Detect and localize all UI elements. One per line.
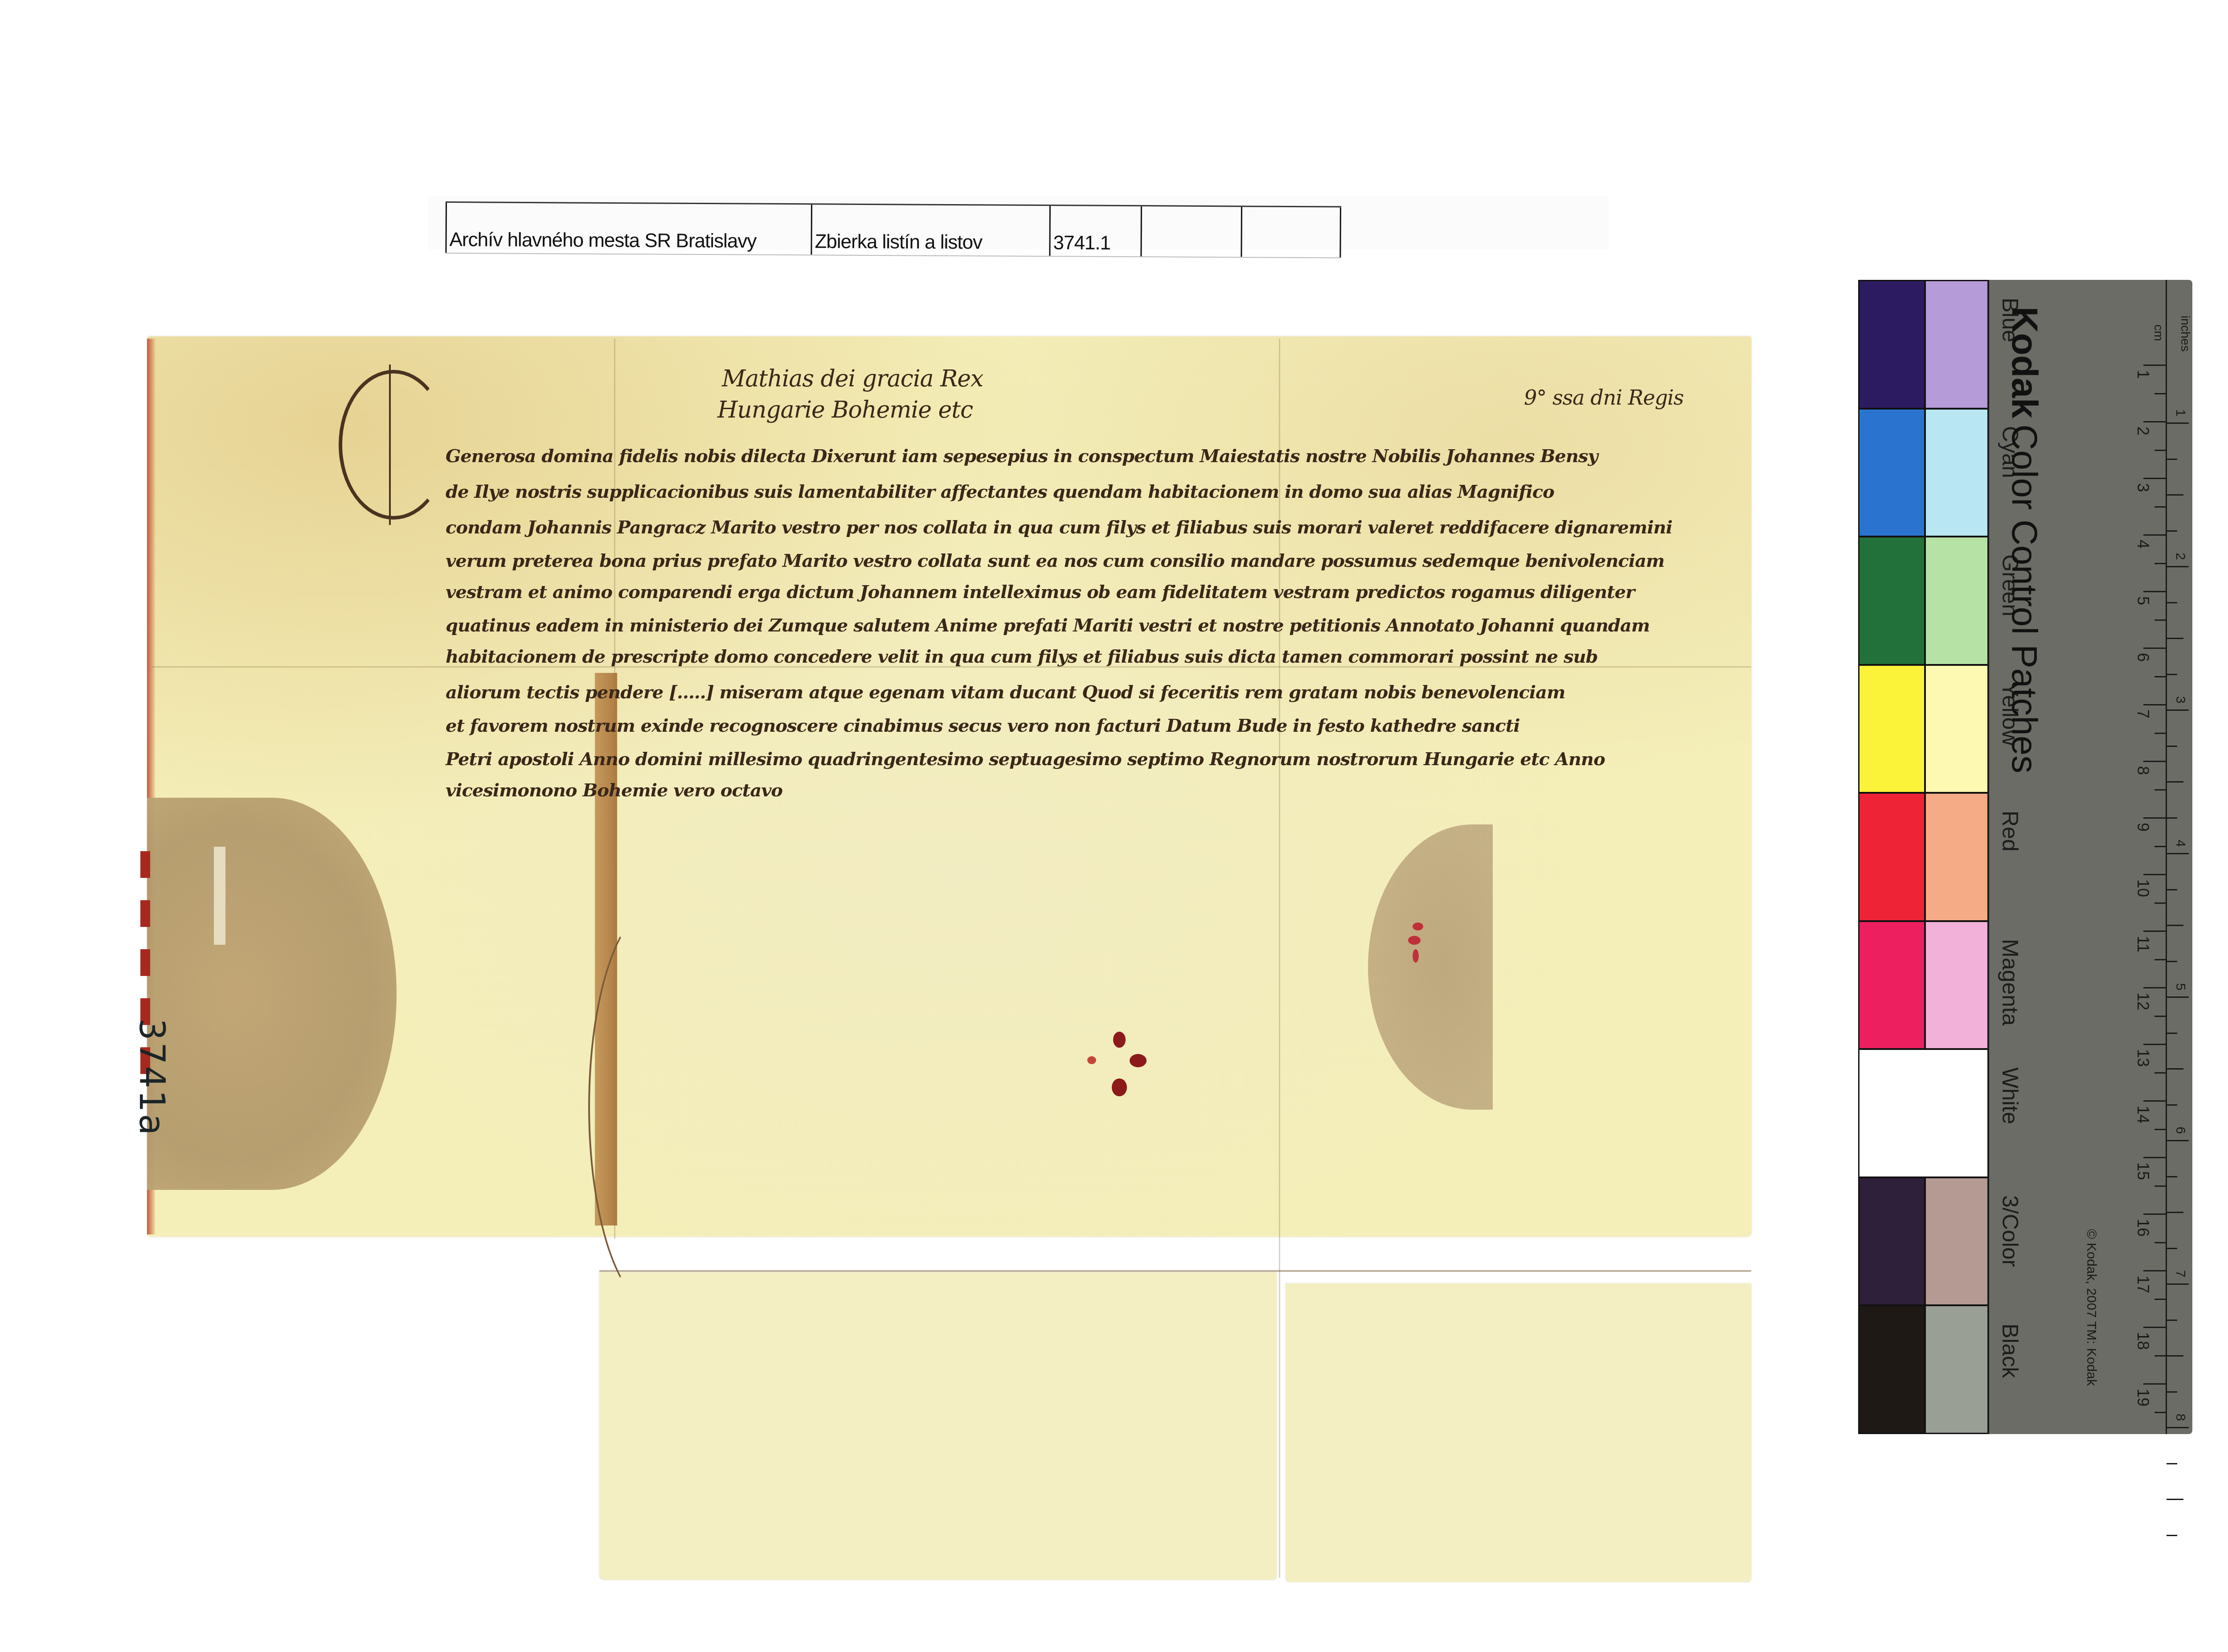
half-cm-tick — [2154, 1242, 2167, 1243]
inch-sub-tick — [2167, 746, 2177, 747]
cm-tick-label: 1 — [2134, 370, 2152, 379]
charter-text-line: Petri apostoli Anno domini millesimo qua… — [446, 749, 1605, 770]
inch-sub-tick — [2167, 1535, 2177, 1536]
cm-tick — [2143, 874, 2167, 875]
half-cm-tick — [2154, 1299, 2167, 1300]
inch-sub-tick — [2167, 638, 2183, 639]
patch-magenta-dark — [1859, 922, 1924, 1049]
half-cm-tick — [2154, 733, 2167, 734]
seal-stain-left — [147, 798, 397, 1190]
charter-text-line: de Ilye nostris supplicacionibus suis la… — [446, 481, 1554, 502]
cm-tick — [2143, 987, 2167, 988]
patch-cyan-light — [1926, 410, 1990, 536]
half-cm-tick — [2154, 1412, 2167, 1413]
inch-tick-label: 7 — [2173, 1270, 2188, 1278]
inch-tick — [2167, 422, 2189, 424]
cm-tick — [2143, 421, 2167, 422]
cm-tick-label: 8 — [2134, 766, 2152, 775]
charter-text-line: habitacionem de prescripte domo conceder… — [446, 646, 1598, 667]
patch-black-dark — [1859, 1306, 1924, 1433]
half-cm-tick — [2154, 902, 2167, 904]
kodak-color-target: BlueCyanGreenYellowRedMagentaWhite3/Colo… — [1858, 280, 2192, 1434]
inch-tick — [2167, 1283, 2189, 1285]
patch-blue-dark — [1859, 281, 1924, 408]
inch-sub-tick — [2167, 1463, 2177, 1464]
wax-fleck — [1413, 949, 1419, 963]
inch-tick-label: 1 — [2173, 409, 2188, 417]
patch-black-light — [1926, 1306, 1990, 1433]
archive-label-cell: Zbierka listín a listov — [811, 205, 1049, 256]
inch-sub-tick — [2167, 1068, 2183, 1070]
half-cm-tick — [2154, 619, 2167, 621]
cm-tick-label: 4 — [2134, 540, 2152, 549]
inch-tick — [2167, 709, 2189, 711]
inch-tick-label: 2 — [2173, 553, 2188, 560]
inch-sub-tick — [2167, 781, 2183, 783]
cm-tick — [2143, 1327, 2167, 1328]
inch-tick-label: 8 — [2173, 1414, 2188, 1421]
intitulatio-line-1: Mathias dei gracia Rex — [722, 365, 983, 392]
inch-sub-tick — [2167, 459, 2177, 460]
cm-tick-label: 16 — [2134, 1219, 2152, 1237]
archive-label-cell: 3741.1 — [1049, 206, 1141, 256]
cm-tick — [2143, 534, 2167, 536]
inch-sub-tick — [2167, 925, 2183, 926]
parchment-cord — [588, 905, 725, 1309]
inch-sub-tick — [2167, 530, 2177, 532]
wax-fleck — [1113, 1032, 1126, 1048]
inch-unit-label: inches — [2178, 316, 2192, 352]
lower-flap-right — [1286, 1283, 1751, 1582]
cm-tick-label: 10 — [2134, 879, 2152, 897]
inch-tick-label: 5 — [2173, 983, 2188, 991]
cm-tick — [2143, 591, 2167, 592]
ruler-center-line — [2166, 280, 2167, 1434]
inch-sub-tick — [2167, 1104, 2177, 1106]
inch-sub-tick — [2167, 1248, 2177, 1249]
archive-label-table: Archív hlavného mesta SR BratislavyZbier… — [445, 201, 1341, 258]
patch-3-color-dark — [1859, 1178, 1924, 1305]
cm-tick — [2143, 1213, 2167, 1215]
half-cm-tick — [2154, 1355, 2167, 1357]
patch-blue-light — [1926, 281, 1990, 408]
kodak-target-title: Color Control Patches — [2005, 425, 2044, 774]
cm-tick — [2143, 1157, 2167, 1158]
inch-sub-tick — [2167, 1176, 2177, 1177]
archive-label-cell — [1241, 207, 1341, 257]
cm-tick — [2143, 1270, 2167, 1271]
inch-sub-tick — [2167, 1320, 2177, 1321]
cm-tick-label: 13 — [2134, 1049, 2152, 1067]
half-cm-tick — [2154, 789, 2167, 791]
seal-slit — [214, 847, 225, 945]
inch-sub-tick — [2167, 1355, 2183, 1357]
inch-tick — [2167, 853, 2189, 854]
inch-tick — [2167, 1140, 2189, 1141]
patch-label: White — [1997, 1067, 2023, 1124]
kodak-brand-name: Kodak — [2004, 307, 2045, 418]
cm-tick — [2143, 1100, 2167, 1102]
intitulatio-line-2: Hungarie Bohemie etc — [717, 397, 973, 423]
charter-text-line: vicesimonono Bohemie vero octavo — [446, 780, 782, 801]
cm-tick-label: 18 — [2134, 1332, 2152, 1350]
half-cm-tick — [2154, 1129, 2167, 1130]
patch-cyan-dark — [1859, 410, 1924, 536]
measurement-ruler: cm inches 123456789101112131415161718191… — [2126, 280, 2192, 1434]
inch-sub-tick — [2167, 1212, 2183, 1213]
patch-label: Magenta — [1997, 939, 2023, 1026]
inch-tick-label: 4 — [2173, 840, 2188, 847]
cm-tick-label: 11 — [2134, 936, 2152, 952]
cm-tick-label: 6 — [2134, 653, 2152, 662]
charter-text-line: vestram et animo comparendi erga dictum … — [446, 582, 1634, 603]
patch-green-light — [1926, 537, 1990, 664]
cm-tick — [2143, 365, 2167, 366]
fold-line-bottom — [599, 1270, 1751, 1272]
inch-sub-tick — [2167, 602, 2177, 603]
cm-tick-label: 7 — [2134, 709, 2152, 718]
charter-text-line: aliorum tectis pendere [.....] miseram a… — [446, 682, 1565, 703]
inch-sub-tick — [2167, 817, 2177, 819]
cm-tick — [2143, 478, 2167, 479]
patch-yellow-dark — [1859, 666, 1924, 792]
archive-label-cell — [1140, 206, 1241, 257]
archive-label-cell: Archív hlavného mesta SR Bratislavy — [445, 203, 811, 254]
patch-label: Black — [1997, 1324, 2023, 1378]
patch-red-light — [1926, 794, 1990, 920]
half-cm-tick — [2154, 676, 2167, 677]
wax-fleck — [1112, 1078, 1127, 1096]
wax-fleck — [1413, 922, 1423, 931]
inch-tick-label: 6 — [2173, 1127, 2188, 1134]
wax-fleck — [1130, 1054, 1147, 1067]
patch-white — [1859, 1050, 1990, 1176]
patch-green-dark — [1859, 537, 1924, 664]
half-cm-tick — [2154, 1072, 2167, 1074]
cm-tick — [2143, 1044, 2167, 1045]
cm-tick — [2143, 931, 2167, 932]
charter-text-line: Generosa domina fidelis nobis dilecta Di… — [446, 446, 1598, 467]
inch-tick — [2167, 996, 2189, 998]
patch-label: 3/Color — [1997, 1195, 2023, 1267]
inch-sub-tick — [2167, 961, 2177, 962]
half-cm-tick — [2154, 393, 2167, 394]
cm-tick — [2143, 761, 2167, 762]
cm-tick-label: 15 — [2134, 1162, 2152, 1180]
half-cm-tick — [2154, 1185, 2167, 1187]
cm-tick — [2143, 817, 2167, 819]
cm-tick — [2143, 648, 2167, 649]
charter-text-line: verum preterea bona prius prefato Marito… — [446, 550, 1664, 571]
inch-sub-tick — [2167, 674, 2177, 675]
half-cm-tick — [2154, 563, 2167, 564]
cm-tick-label: 19 — [2134, 1389, 2152, 1406]
cm-tick-label: 3 — [2134, 483, 2152, 492]
half-cm-tick — [2154, 450, 2167, 451]
patch-red-dark — [1859, 794, 1924, 920]
half-cm-tick — [2154, 1016, 2167, 1017]
pencil-shelfmark: 3741a — [131, 1018, 172, 1137]
charter-text-line: et favorem nostrum exinde recognoscere c… — [446, 715, 1519, 736]
cm-tick-label: 9 — [2134, 823, 2152, 832]
cm-tick-label: 2 — [2134, 426, 2152, 435]
kodak-title: KodakColor Control Patches — [2003, 307, 2045, 773]
initial-letter-g — [339, 370, 448, 520]
cm-tick-label: 12 — [2134, 992, 2152, 1010]
inch-sub-tick — [2167, 1499, 2183, 1500]
lower-flap-left — [599, 1272, 1277, 1580]
kodak-copyright: © Kodak, 2007 TM: Kodak — [2084, 1229, 2099, 1386]
inch-sub-tick — [2167, 1391, 2177, 1393]
patch-label: Red — [1997, 811, 2023, 852]
cm-tick — [2143, 704, 2167, 705]
chancery-note: 9° ssa dni Regis — [1524, 385, 1683, 410]
patch-yellow-light — [1926, 666, 1990, 792]
inch-tick — [2167, 1427, 2189, 1428]
patch-magenta-light — [1926, 922, 1990, 1049]
cm-tick — [2143, 1383, 2167, 1385]
inch-sub-tick — [2167, 494, 2183, 496]
patch-3-color-light — [1926, 1178, 1990, 1305]
wax-fleck — [1087, 1056, 1096, 1064]
cm-tick-label: 17 — [2134, 1275, 2152, 1293]
cm-tick-label: 5 — [2134, 596, 2152, 605]
cm-tick-label: 14 — [2134, 1106, 2152, 1123]
half-cm-tick — [2154, 959, 2167, 960]
half-cm-tick — [2154, 506, 2167, 508]
charter-text-line: condam Johannis Pangracz Marito vestro p… — [446, 517, 1672, 538]
half-cm-tick — [2154, 846, 2167, 847]
inch-tick-label: 3 — [2173, 696, 2188, 704]
inch-sub-tick — [2167, 889, 2177, 890]
wax-fleck — [1408, 936, 1421, 945]
charter-text-line: quatinus eadem in ministerio dei Zumque … — [446, 615, 1650, 636]
inch-sub-tick — [2167, 1033, 2177, 1034]
cm-unit-label: cm — [2151, 324, 2166, 341]
inch-tick — [2167, 566, 2189, 567]
color-patch-grid — [1858, 280, 1987, 1434]
